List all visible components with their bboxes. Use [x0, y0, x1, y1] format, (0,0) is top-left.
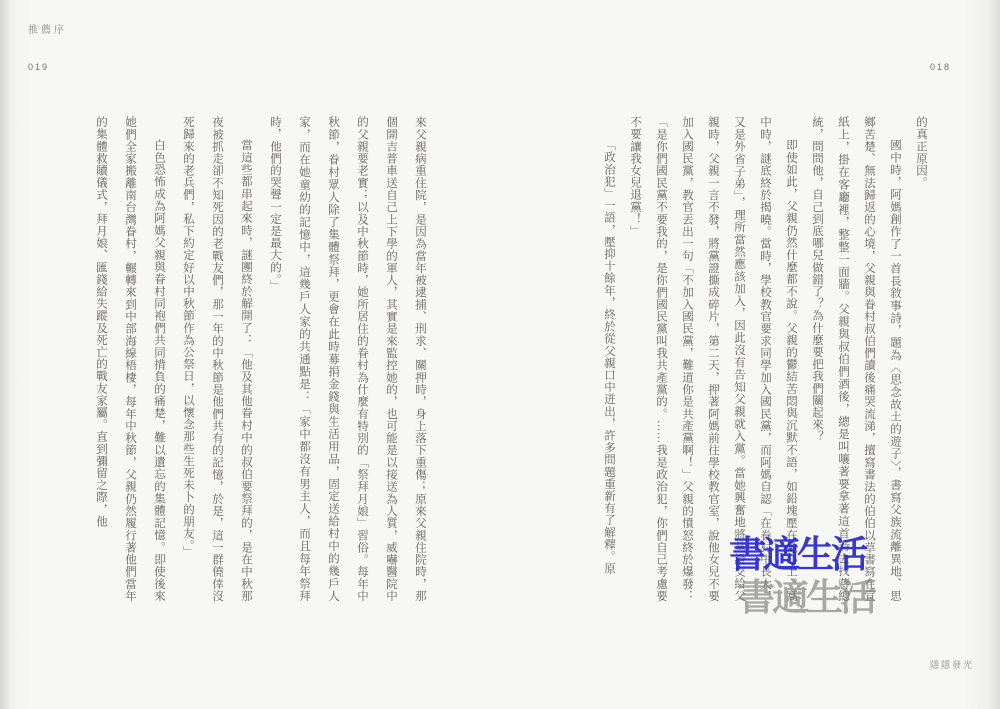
paragraph: 「政治犯」一語，壓抑十餘年，終於從父親口中迸出，許多問題重新有了解釋。原 [596, 116, 622, 602]
page-number-left: 019 [28, 62, 49, 72]
scan-edge-right [988, 0, 1000, 709]
paragraph: 當這些都串起來時，謎團終於解開了：「他及其他眷村中的叔伯要祭拜的，是在中秋那夜被… [173, 116, 260, 602]
preface-label: 推薦序 [28, 21, 67, 36]
paragraph: 白色恐怖成為阿媽父親與眷村同袍們共同揹負的痛楚，難以遺忘的集體記憶。即使後來她們… [86, 116, 173, 602]
scan-edge-left [0, 0, 12, 709]
page-number-right: 018 [930, 62, 951, 72]
paragraph: 國中時，阿媽創作了一首長敘事詩，題為〈思念故土的遊子〉，書寫父族流離異地、思鄉苦… [804, 116, 908, 602]
right-page-text: 的真正原因。國中時，阿媽創作了一首長敘事詩，題為〈思念故土的遊子〉，書寫父族流離… [554, 116, 934, 602]
paragraph: 的真正原因。 [908, 116, 934, 602]
paragraph: 即使如此，父親仍然什麼都不說。父親的鬱結苦悶與沉默不語，如鉛塊壓在她心上。高中時… [622, 116, 804, 602]
left-page-text: 來父親病重住院，是因為當年被逮捕、刑求、關押時，身上落下重傷；原來父親住院時，那… [24, 116, 434, 602]
book-title-footer: 隱隱發光 [930, 658, 974, 671]
book-scan-spread: 推薦序 019 018 隱隱發光 的真正原因。國中時，阿媽創作了一首長敘事詩，題… [0, 0, 1000, 709]
paragraph: 來父親病重住院，是因為當年被逮捕、刑求、關押時，身上落下重傷；原來父親住院時，那… [260, 116, 434, 602]
